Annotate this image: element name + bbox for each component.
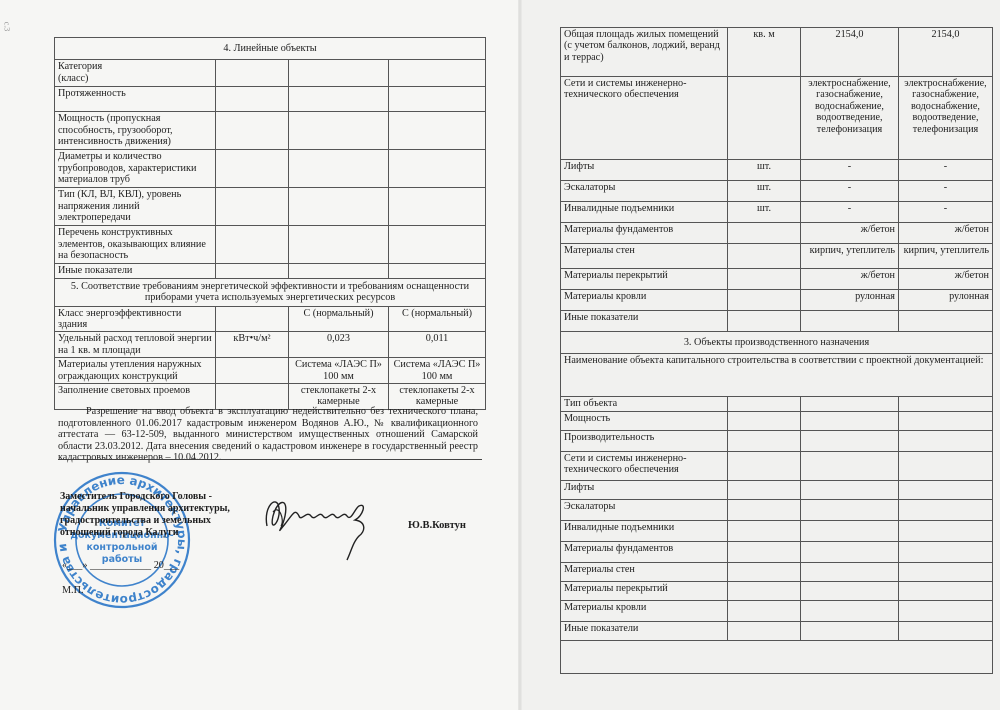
row-label: Эскалаторы — [561, 181, 728, 202]
row-label: Материалы кровли — [561, 600, 728, 621]
table-row: Сети и системы инженерно-технического об… — [561, 451, 993, 480]
row-label: Материалы перекрытий — [561, 581, 728, 600]
row-unit — [216, 60, 289, 87]
row-value-empty — [801, 480, 899, 499]
row-unit — [216, 264, 289, 278]
row-label: Иные показатели — [561, 311, 728, 332]
row-value-empty — [899, 581, 993, 600]
table-row: Мощность — [561, 411, 993, 430]
row-value-empty — [899, 430, 993, 451]
signatory-position: Заместитель Городского Головы - начальни… — [60, 491, 250, 539]
row-label: Тип (КЛ, ВЛ, КВЛ), уровень напряжения ли… — [55, 188, 216, 226]
row-value-empty — [728, 621, 801, 640]
row-value-empty — [899, 499, 993, 520]
row-label: Иные показатели — [55, 264, 216, 278]
table-row: Удельный расход тепловой энергии на 1 кв… — [55, 332, 486, 358]
row-value-empty — [899, 411, 993, 430]
row-unit — [728, 244, 801, 269]
table-row: Материалы фундаментов — [561, 541, 993, 562]
row-value-2: ж/бетон — [899, 269, 993, 290]
row-value-2 — [389, 150, 486, 188]
row-unit — [216, 87, 289, 112]
row-value-2: - — [899, 181, 993, 202]
row-label: Лифты — [561, 160, 728, 181]
linear-objects-table: 4. Линейные объекты Категория(класс)Прот… — [54, 37, 486, 410]
handwritten-signature — [255, 486, 385, 566]
row-value-1 — [289, 226, 389, 264]
row-label: Мощность (пропускная способность, грузоо… — [55, 112, 216, 150]
row-label: Категория(класс) — [55, 60, 216, 87]
table-row: Инвалидные подъемникишт.-- — [561, 202, 993, 223]
row-value-empty — [728, 411, 801, 430]
row-unit: кв. м — [728, 28, 801, 77]
row-value-2 — [389, 264, 486, 278]
row-label: Удельный расход тепловой энергии на 1 кв… — [55, 332, 216, 358]
row-label: Эскалаторы — [561, 499, 728, 520]
row-unit — [216, 188, 289, 226]
row-label: Материалы стен — [561, 562, 728, 581]
row-value-empty — [801, 451, 899, 480]
section-4-title: 4. Линейные объекты — [55, 38, 486, 60]
seal-place-mark: М.П. — [62, 585, 84, 596]
row-value-2: электроснабжение, газоснабжение, водосна… — [899, 77, 993, 160]
row-value-empty — [899, 397, 993, 411]
row-value-empty — [801, 411, 899, 430]
row-value-2: ж/бетон — [899, 223, 993, 244]
section-5-title: 5. Соответствие требованиям энергетическ… — [55, 278, 486, 306]
row-value-empty — [728, 520, 801, 541]
row-value-empty — [801, 520, 899, 541]
table-row: Категория(класс) — [55, 60, 486, 87]
table-row: Общая площадь жилых помещений (с учетом … — [561, 28, 993, 77]
row-value-empty — [801, 562, 899, 581]
table-row: Диаметры и количество трубопроводов, хар… — [55, 150, 486, 188]
table-row: Материалы кровли — [561, 600, 993, 621]
table-row: Эскалаторышт.-- — [561, 181, 993, 202]
row-label: Сети и системы инженерно-технического об… — [561, 451, 728, 480]
row-value-empty — [728, 562, 801, 581]
row-label: Материалы фундаментов — [561, 223, 728, 244]
row-unit — [216, 150, 289, 188]
table-row: Материалы стен — [561, 562, 993, 581]
row-unit — [728, 223, 801, 244]
table-row: Иные показатели — [561, 621, 993, 640]
row-value-empty — [728, 480, 801, 499]
row-label: Диаметры и количество трубопроводов, хар… — [55, 150, 216, 188]
table-row: Производительность — [561, 430, 993, 451]
row-value-empty — [728, 600, 801, 621]
building-parameters-table: Общая площадь жилых помещений (с учетом … — [560, 27, 993, 674]
table-row: Материалы стенкирпич, утеплителькирпич, … — [561, 244, 993, 269]
table-row: Материалы перекрытий — [561, 581, 993, 600]
row-value-1: Система «ЛАЭС П» 100 мм — [289, 358, 389, 384]
table-row: Материалы фундаментовж/бетонж/бетон — [561, 223, 993, 244]
section-3-empty-row — [561, 640, 993, 673]
row-value-empty — [899, 520, 993, 541]
permit-note: Разрешение на ввод объекта в эксплуатаци… — [58, 406, 478, 464]
table-row: Иные показатели — [55, 264, 486, 278]
row-value-1: ж/бетон — [801, 269, 899, 290]
row-value-empty — [728, 397, 801, 411]
row-label: Материалы утепления наружных ограждающих… — [55, 358, 216, 384]
row-value-empty — [801, 581, 899, 600]
table-row: Материалы кровлирулоннаярулонная — [561, 290, 993, 311]
row-value-empty — [728, 430, 801, 451]
row-label: Перечень конструктивных элементов, оказы… — [55, 226, 216, 264]
row-value-empty — [801, 499, 899, 520]
row-value-1 — [289, 60, 389, 87]
row-label: Иные показатели — [561, 621, 728, 640]
row-unit — [728, 77, 801, 160]
table-row: Тип (КЛ, ВЛ, КВЛ), уровень напряжения ли… — [55, 188, 486, 226]
row-value-1: рулонная — [801, 290, 899, 311]
row-value-1: электроснабжение, газоснабжение, водосна… — [801, 77, 899, 160]
row-label: Производительность — [561, 430, 728, 451]
row-value-1 — [289, 112, 389, 150]
row-value-2: - — [899, 160, 993, 181]
table-row: Протяженность — [55, 87, 486, 112]
row-value-empty — [899, 600, 993, 621]
page-fold — [518, 0, 522, 710]
row-value-2 — [389, 112, 486, 150]
row-value-2: кирпич, утеплитель — [899, 244, 993, 269]
row-unit — [216, 358, 289, 384]
row-label: Материалы кровли — [561, 290, 728, 311]
row-value-empty — [801, 397, 899, 411]
table-row: Перечень конструктивных элементов, оказы… — [55, 226, 486, 264]
row-value-1: 2154,0 — [801, 28, 899, 77]
table-row: Сети и системы инженерно-технического об… — [561, 77, 993, 160]
row-label: Лифты — [561, 480, 728, 499]
row-value-1 — [289, 150, 389, 188]
row-value-2 — [389, 60, 486, 87]
row-value-empty — [801, 541, 899, 562]
row-value-1: С (нормальный) — [289, 306, 389, 332]
row-value-2 — [389, 226, 486, 264]
row-label: Инвалидные подъемники — [561, 520, 728, 541]
row-value-2: С (нормальный) — [389, 306, 486, 332]
note-underline — [58, 459, 482, 460]
row-unit — [216, 112, 289, 150]
row-unit — [728, 311, 801, 332]
table-row: Материалы перекрытийж/бетонж/бетон — [561, 269, 993, 290]
row-label: Класс энергоэффективности здания — [55, 306, 216, 332]
row-value-empty — [728, 581, 801, 600]
section-3-name-label: Наименование объекта капитального строит… — [561, 354, 993, 397]
row-unit: шт. — [728, 181, 801, 202]
table-row: Инвалидные подъемники — [561, 520, 993, 541]
row-value-empty — [801, 430, 899, 451]
signatory-name: Ю.В.Ковтун — [408, 520, 466, 531]
row-label: Материалы стен — [561, 244, 728, 269]
row-label: Инвалидные подъемники — [561, 202, 728, 223]
row-label: Материалы перекрытий — [561, 269, 728, 290]
row-label: Мощность — [561, 411, 728, 430]
row-unit: кВт•ч/м² — [216, 332, 289, 358]
row-value-1: кирпич, утеплитель — [801, 244, 899, 269]
row-label: Протяженность — [55, 87, 216, 112]
row-unit: шт. — [728, 202, 801, 223]
row-value-empty — [899, 451, 993, 480]
row-unit — [216, 306, 289, 332]
row-value-1 — [289, 87, 389, 112]
row-value-1: 0,023 — [289, 332, 389, 358]
row-unit — [216, 226, 289, 264]
row-unit — [728, 290, 801, 311]
row-value-2: 0,011 — [389, 332, 486, 358]
row-value-empty — [899, 541, 993, 562]
row-value-1: - — [801, 202, 899, 223]
row-value-empty — [801, 621, 899, 640]
row-label: Сети и системы инженерно-технического об… — [561, 77, 728, 160]
row-value-empty — [899, 562, 993, 581]
table-row: Мощность (пропускная способность, грузоо… — [55, 112, 486, 150]
row-unit — [728, 269, 801, 290]
row-value-empty — [728, 541, 801, 562]
section-3-title: 3. Объекты производственного назначения — [561, 332, 993, 354]
table-row: Класс энергоэффективности зданияС (норма… — [55, 306, 486, 332]
row-unit: шт. — [728, 160, 801, 181]
row-value-empty — [899, 480, 993, 499]
row-value-1 — [801, 311, 899, 332]
row-value-2: - — [899, 202, 993, 223]
svg-text:контрольной: контрольной — [86, 542, 157, 553]
row-value-2: 2154,0 — [899, 28, 993, 77]
row-value-empty — [728, 451, 801, 480]
row-value-1: - — [801, 181, 899, 202]
row-label: Общая площадь жилых помещений (с учетом … — [561, 28, 728, 77]
margin-mark: c.3 — [2, 22, 11, 32]
row-value-empty — [728, 499, 801, 520]
row-value-1 — [289, 188, 389, 226]
signature-date-line: «___» ____________ 20___ — [62, 560, 192, 571]
row-value-2 — [389, 188, 486, 226]
table-row: Лифтышт.-- — [561, 160, 993, 181]
row-value-2: рулонная — [899, 290, 993, 311]
table-row: Иные показатели — [561, 311, 993, 332]
row-value-2 — [899, 311, 993, 332]
row-value-empty — [801, 600, 899, 621]
row-value-1: ж/бетон — [801, 223, 899, 244]
table-row: Материалы утепления наружных ограждающих… — [55, 358, 486, 384]
row-value-1 — [289, 264, 389, 278]
row-value-2 — [389, 87, 486, 112]
table-row: Эскалаторы — [561, 499, 993, 520]
row-label: Материалы фундаментов — [561, 541, 728, 562]
row-value-empty — [899, 621, 993, 640]
table-row: Тип объекта — [561, 397, 993, 411]
row-label: Тип объекта — [561, 397, 728, 411]
table-row: Лифты — [561, 480, 993, 499]
row-value-2: Система «ЛАЭС П» 100 мм — [389, 358, 486, 384]
row-value-1: - — [801, 160, 899, 181]
